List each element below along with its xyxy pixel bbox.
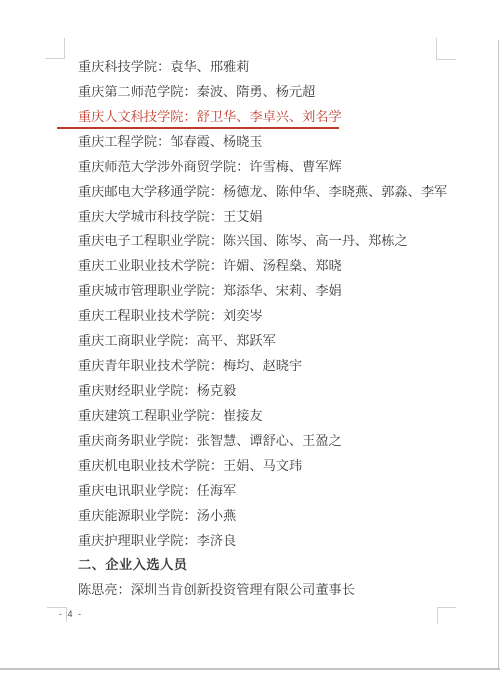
text-line: 重庆第二师范学院：秦波、隋勇、杨元超	[78, 80, 470, 105]
text-line: 重庆青年职业技术学院：梅均、赵晓宇	[78, 354, 470, 379]
text-line: 重庆机电职业技术学院：王娟、马文玮	[78, 454, 470, 479]
text-line: 重庆电子工程职业学院：陈兴国、陈岑、高一丹、郑栋之	[78, 229, 470, 254]
crop-mark-top-left-icon	[45, 38, 65, 59]
line-text: 重庆科技学院：袁华、邢雅莉	[78, 55, 249, 80]
document-page: 重庆科技学院：袁华、邢雅莉 重庆第二师范学院：秦波、隋勇、杨元超 重庆人文科技学…	[0, 0, 500, 676]
line-text: 重庆大学城市科技学院：王艾娟	[78, 205, 263, 230]
text-line: 重庆电讯职业学院：任海军	[78, 479, 470, 504]
text-line: 重庆科技学院：袁华、邢雅莉	[78, 55, 470, 80]
line-text: 重庆工程职业技术学院：刘奕岑	[78, 304, 263, 329]
line-text: 重庆建筑工程职业学院：崔接友	[78, 404, 263, 429]
page-number: - 4 -	[59, 609, 83, 623]
text-line: 重庆人文科技学院：舒卫华、李卓兴、刘名学	[78, 105, 470, 130]
text-line: 重庆能源职业学院：汤小燕	[78, 504, 470, 529]
text-line: 重庆大学城市科技学院：王艾娟	[78, 205, 470, 230]
line-text: 重庆商务职业学院：张智慧、谭舒心、王盈之	[78, 429, 342, 454]
text-line: 重庆工程职业技术学院：刘奕岑	[78, 304, 470, 329]
line-text: 重庆机电职业技术学院：王娟、马文玮	[78, 454, 302, 479]
text-line: 重庆工程学院：邹春霞、杨晓玉	[78, 130, 470, 155]
window-edge-bottom	[0, 668, 500, 670]
text-line: 重庆商务职业学院：张智慧、谭舒心、王盈之	[78, 429, 470, 454]
line-text: 陈思亮：深圳当肯创新投资管理有限公司董事长	[78, 578, 355, 603]
line-text: 二、企业入选人员	[78, 553, 188, 578]
line-text: 重庆财经职业学院：杨克毅	[78, 379, 236, 404]
line-text: 重庆邮电大学移通学院：杨德龙、陈仲华、李晓燕、郭淼、李军	[78, 180, 447, 205]
text-line: 重庆护理职业学院：李济良	[78, 529, 470, 554]
line-text: 重庆工商职业学院：高平、郑跃军	[78, 329, 276, 354]
text-line: 重庆工商职业学院：高平、郑跃军	[78, 329, 470, 354]
line-text: 重庆能源职业学院：汤小燕	[78, 504, 236, 529]
text-line: 重庆城市管理职业学院：郑添华、宋莉、李娟	[78, 279, 470, 304]
text-line: 二、企业入选人员	[78, 553, 470, 578]
line-text: 重庆城市管理职业学院：郑添华、宋莉、李娟	[78, 279, 342, 304]
line-text: 重庆工业职业技术学院：许媚、汤程燊、郑晓	[78, 254, 342, 279]
line-text: 重庆护理职业学院：李济良	[78, 529, 236, 554]
line-text: 重庆青年职业技术学院：梅均、赵晓宇	[78, 354, 302, 379]
text-line: 重庆工业职业技术学院：许媚、汤程燊、郑晓	[78, 254, 470, 279]
line-text: 重庆电子工程职业学院：陈兴国、陈岑、高一丹、郑栋之	[78, 229, 408, 254]
crop-mark-bottom-right-icon	[437, 607, 456, 624]
text-body: 重庆科技学院：袁华、邢雅莉 重庆第二师范学院：秦波、隋勇、杨元超 重庆人文科技学…	[78, 55, 470, 603]
line-text: 重庆师范大学涉外商贸学院：许雪梅、曹军辉	[78, 155, 342, 180]
line-text: 重庆工程学院：邹春霞、杨晓玉	[78, 130, 263, 155]
text-line: 陈思亮：深圳当肯创新投资管理有限公司董事长	[78, 578, 470, 603]
text-line: 重庆师范大学涉外商贸学院：许雪梅、曹军辉	[78, 155, 470, 180]
window-edge-right	[498, 40, 499, 670]
line-text: 重庆第二师范学院：秦波、隋勇、杨元超	[78, 80, 315, 105]
text-line: 重庆建筑工程职业学院：崔接友	[78, 404, 470, 429]
line-text: 重庆电讯职业学院：任海军	[78, 479, 236, 504]
text-line: 重庆邮电大学移通学院：杨德龙、陈仲华、李晓燕、郭淼、李军	[78, 180, 470, 205]
text-line: 重庆财经职业学院：杨克毅	[78, 379, 470, 404]
line-text: 重庆人文科技学院：舒卫华、李卓兴、刘名学	[78, 105, 342, 130]
